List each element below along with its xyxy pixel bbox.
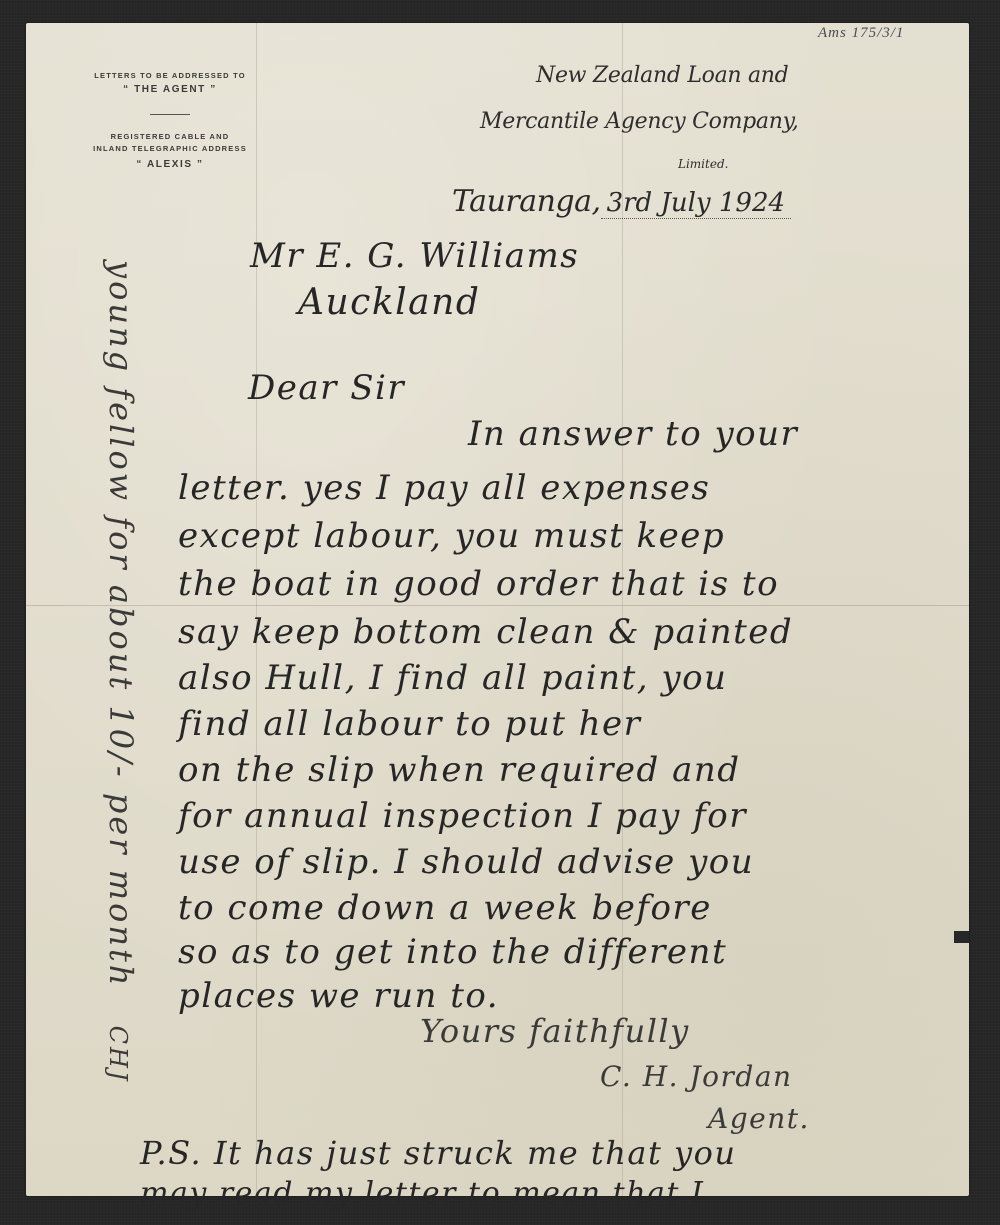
recipient-name: Mr E. G. Williams [250,236,579,276]
body-line: on the slip when required and [178,750,741,790]
body-line: letter. yes I pay all expenses [178,468,710,508]
letterhead-address-block: LETTERS TO BE ADDRESSED TO “ THE AGENT ”… [60,70,280,173]
letterhead-line: REGISTERED CABLE AND [60,131,280,143]
fold-line [26,605,969,606]
paper-tear [954,931,969,943]
place: Tauranga, [452,184,601,219]
body-line: except labour, you must keep [178,516,725,556]
letterhead-line: “ THE AGENT ” [60,82,280,98]
margin-initials: CHJ [104,1026,132,1084]
postscript-line: may read my letter to mean that I [140,1176,704,1211]
signature-title: Agent. [708,1102,810,1135]
body-line: In answer to your [468,414,798,454]
closing: Yours faithfully [420,1012,690,1050]
company-name-line: Limited. [678,157,728,171]
body-line: to come down a week before [178,888,712,928]
signature: C. H. Jordan [600,1060,793,1093]
body-line: use of slip. I should advise you [178,842,754,882]
body-line: the boat in good order that is to [178,564,779,604]
fold-line [256,23,257,1196]
recipient-city: Auckland [298,282,480,323]
margin-note-text: young fellow for about 10/- per month [102,260,140,988]
body-line: places we run to. [178,976,499,1016]
letterhead-line: INLAND TELEGRAPHIC ADDRESS [60,143,280,155]
body-line: say keep bottom clean & painted [178,612,793,652]
body-line: also Hull, I find all paint, you [178,658,727,698]
date: 3rd July 1924 [601,188,791,219]
company-name-line: Mercantile Agency Company, [480,109,799,134]
postscript-line: P.S. It has just struck me that you [140,1134,736,1172]
divider [150,114,190,115]
margin-note: young fellow for about 10/- per month CH… [102,260,140,1100]
salutation: Dear Sir [248,368,405,408]
archive-call-number: Ams 175/3/1 [800,23,960,43]
letterhead-line: “ ALEXIS ” [60,157,280,173]
company-name-line: New Zealand Loan and [536,63,788,88]
body-line: find all labour to put her [178,704,641,744]
letterhead-line: LETTERS TO BE ADDRESSED TO [60,70,280,82]
body-line: so as to get into the different [178,932,727,972]
body-line: for annual inspection I pay for [178,796,747,836]
date-line: Tauranga,3rd July 1924 [452,184,791,219]
